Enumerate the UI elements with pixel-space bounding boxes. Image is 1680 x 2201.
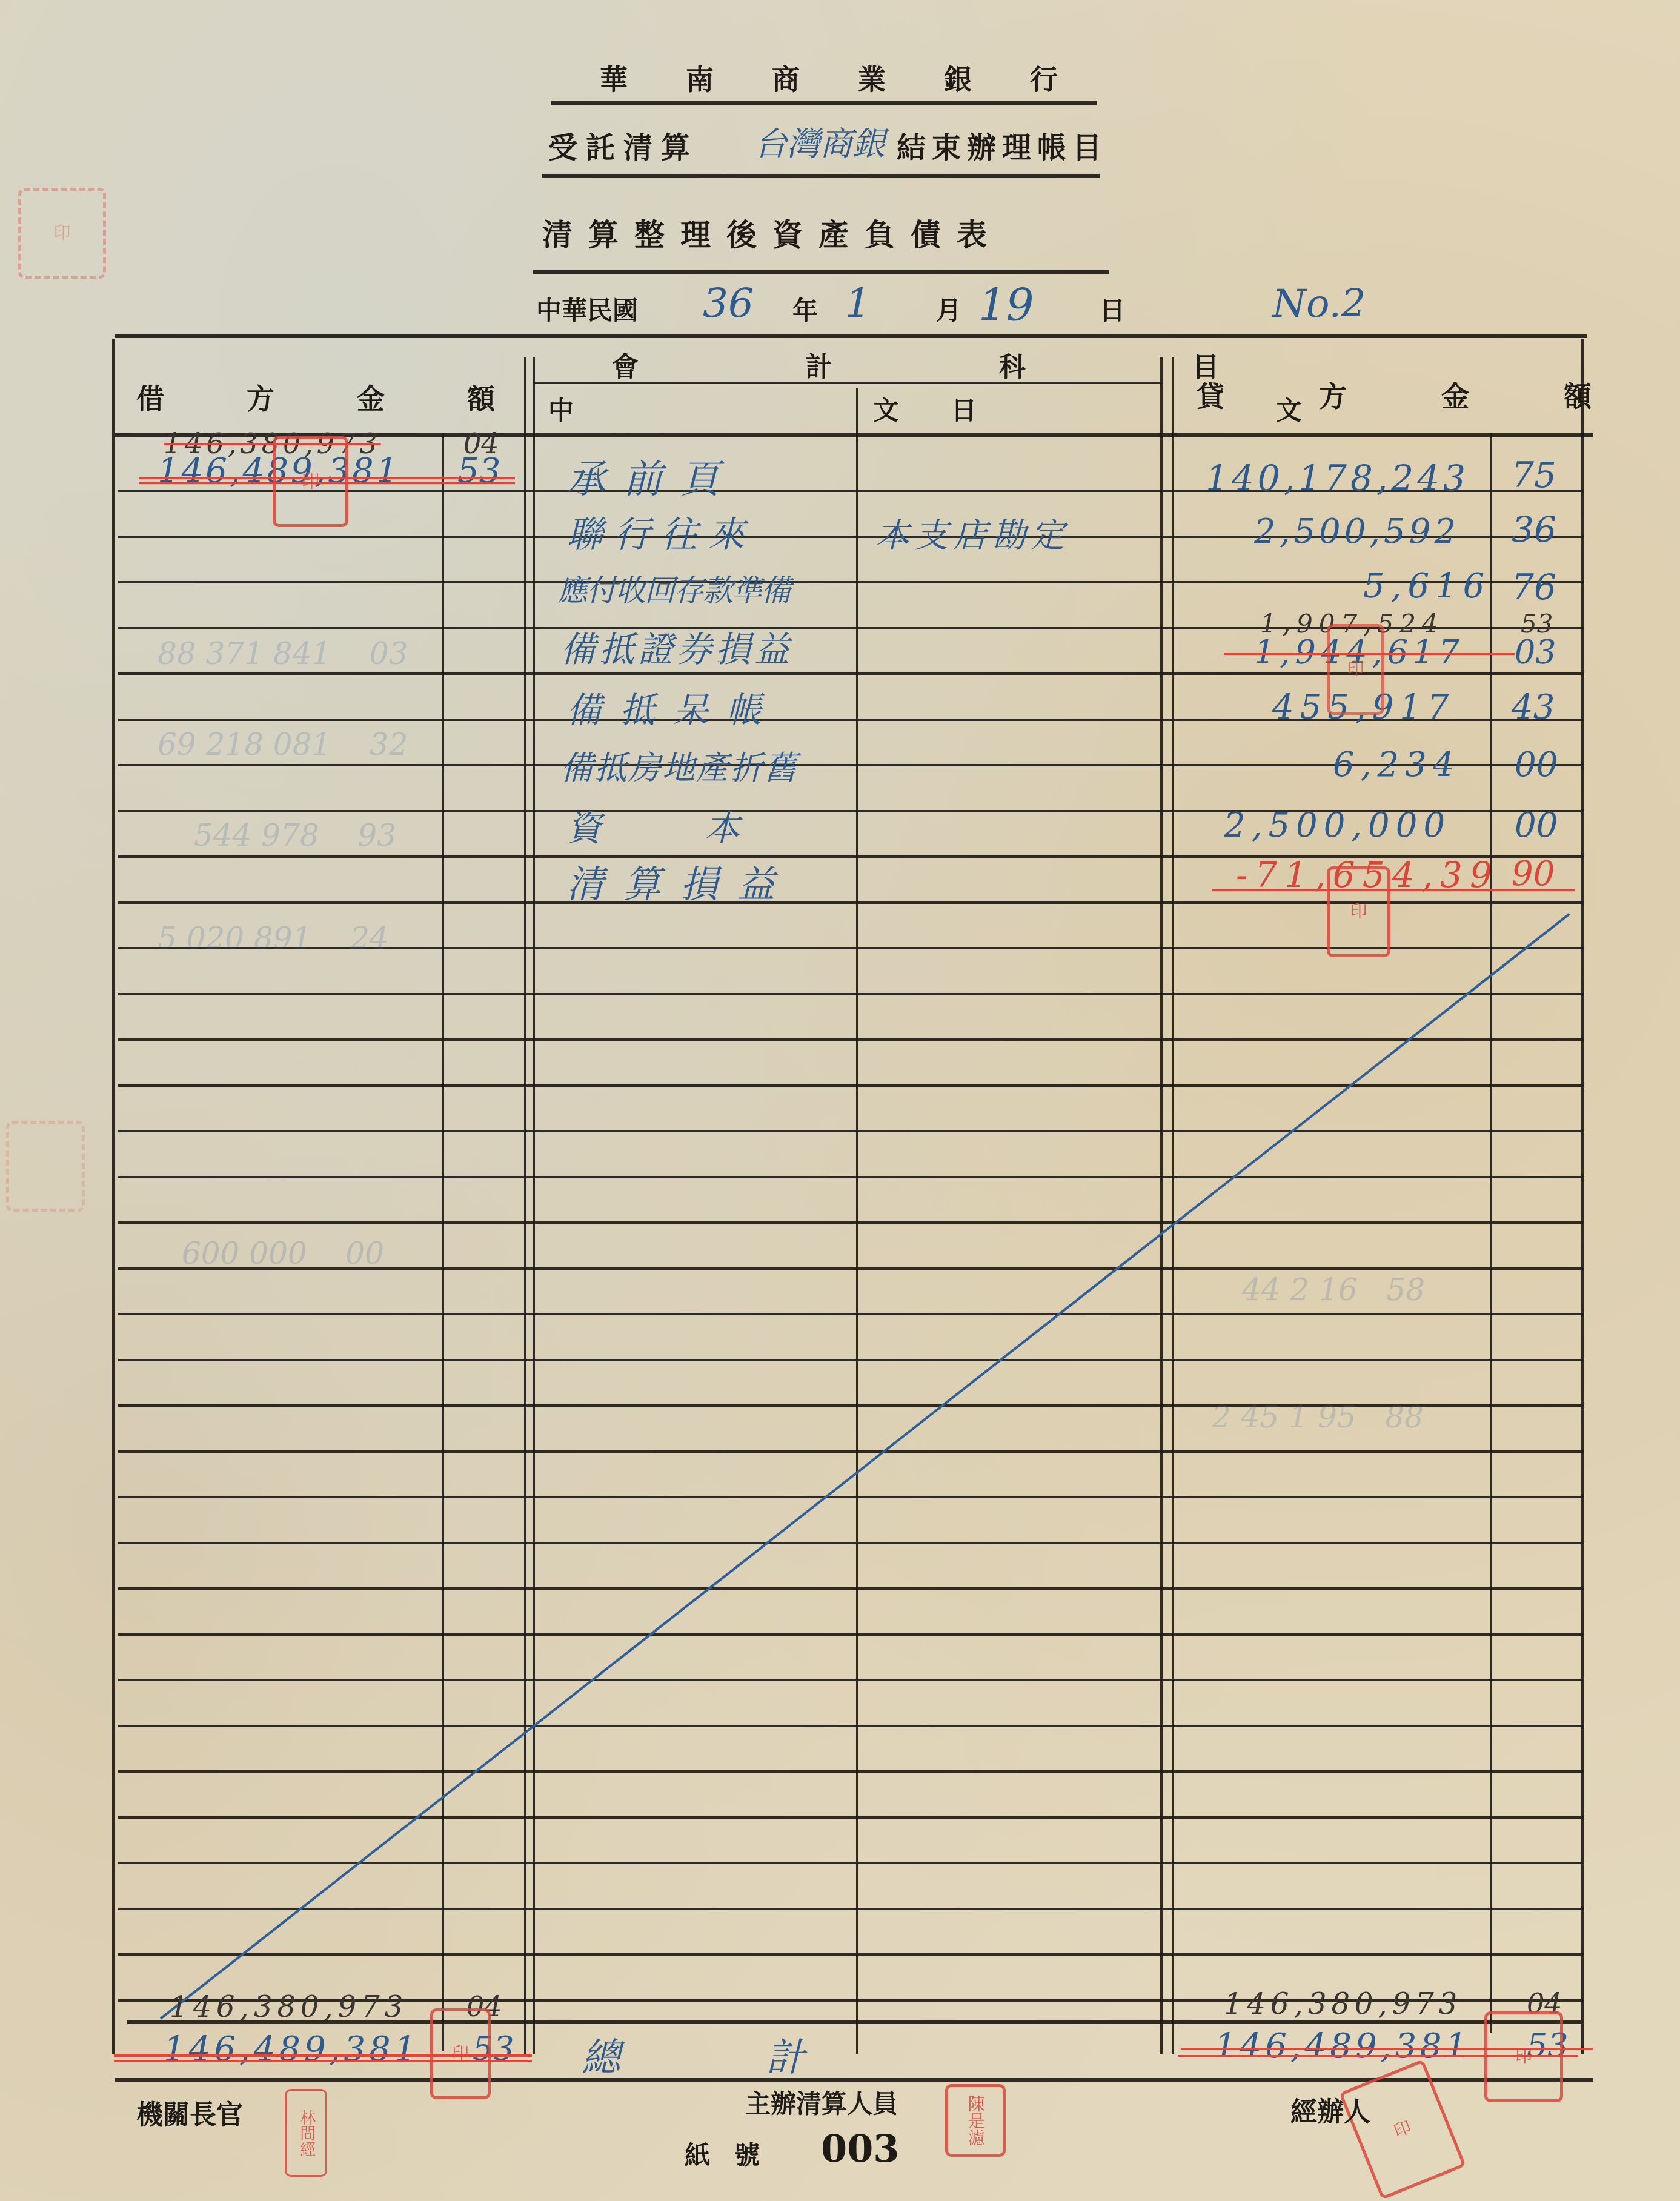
debit-cents-divider <box>442 433 444 2051</box>
credit-cents: 43 <box>1512 688 1555 727</box>
row-rule <box>118 1084 1584 1087</box>
total-credit-corrected: 146,489,381 <box>1215 2027 1470 2066</box>
row-rule <box>118 1130 1584 1132</box>
liquidator-seal: 陳是濾 <box>945 2084 1006 2157</box>
account-name: 備抵呆帳 <box>566 682 780 732</box>
debit-account-divider <box>524 357 526 2054</box>
row-rule <box>118 1633 1584 1636</box>
row-rule <box>118 1770 1584 1773</box>
row-rule <box>118 1450 1584 1453</box>
bleed-through-text: 5 020 891 24 <box>158 921 389 956</box>
bleed-through-text: 2 45 1 95 88 <box>1212 1399 1424 1435</box>
row-rule <box>118 1587 1584 1590</box>
header-rule-2 <box>542 174 1100 178</box>
row-rule <box>118 993 1584 995</box>
row-rule <box>118 1908 1584 1910</box>
bleed-through-text: 69 218 081 32 <box>158 727 408 762</box>
cancellation-diagonal <box>160 913 1570 2019</box>
account-name: 清算損益 <box>566 854 794 908</box>
credit-amount: 2,500,000 <box>1224 806 1451 845</box>
account-inner-divider <box>533 357 535 2054</box>
row-rule <box>118 1953 1584 1956</box>
official-seal: 林間經 <box>285 2089 327 2177</box>
account-name: 應付收回存款準備 <box>557 566 790 610</box>
credit-cents: 36 <box>1512 509 1556 550</box>
bank-name: 華 南 商 業 銀 行 <box>600 58 1082 98</box>
account-credit-divider <box>1160 357 1163 2054</box>
bleed-through-text: 44 2 16 58 <box>1242 1272 1425 1307</box>
margin-seal-mid <box>6 1121 85 1212</box>
credit-amount: 140,178,243 <box>1206 457 1469 499</box>
credit-header: 貸 方 金 額 <box>1197 374 1634 414</box>
page-number: No.2 <box>1272 282 1366 327</box>
credit-cents: 90 <box>1512 854 1555 894</box>
form-number: 003 <box>821 2126 899 2171</box>
date-day-label: 日 <box>1100 291 1125 327</box>
credit-inner-divider <box>1172 357 1174 2054</box>
credit-amount: 5,616 <box>1363 566 1490 606</box>
account-group-header: 會 計 科 目 <box>612 345 1298 384</box>
date-year: 36 <box>703 280 754 327</box>
date-day: 19 <box>978 280 1034 331</box>
table-right-border <box>1581 339 1584 2054</box>
correction-line <box>1212 889 1575 891</box>
table-top-border <box>115 334 1587 338</box>
bleed-through-text: 544 978 93 <box>194 818 396 853</box>
date-month-label: 月 <box>936 291 961 327</box>
total-label: 總 計 <box>582 2027 871 2082</box>
margin-seal-top: 印 <box>18 188 106 279</box>
row-rule <box>118 1496 1584 1498</box>
credit-cents: 03 <box>1515 633 1556 671</box>
row-rule <box>118 1542 1584 1544</box>
credit-amount: 2,500,592 <box>1254 512 1459 551</box>
date-year-label: 年 <box>792 291 818 327</box>
approval-seal: 印 <box>1327 866 1390 957</box>
row-rule <box>118 1038 1584 1041</box>
debit-corrected-cents: 53 <box>457 451 500 491</box>
row-rule <box>118 1816 1584 1819</box>
credit-cents: 00 <box>1515 806 1558 845</box>
debit-header: 借 方 金 額 <box>136 377 531 417</box>
row-rule <box>118 1725 1584 1727</box>
account-name: 承前頁 <box>566 448 737 504</box>
subtitle-suffix: 結束辦理帳目 <box>897 124 1107 166</box>
approval-seal: 印 <box>273 436 348 527</box>
row-rule <box>118 1862 1584 1864</box>
total-debit-corrected: 146,489,381 <box>164 2030 419 2069</box>
account-name: 備抵房地產折舊 <box>560 742 798 789</box>
form-title: 清算整理後資產負債表 <box>542 211 1003 254</box>
row-rule <box>118 1359 1584 1361</box>
bleed-through-text: 88 371 841 03 <box>158 636 408 671</box>
total-credit-original: 146,380,973 <box>1224 1987 1462 2021</box>
total-debit-original: 146,380,973 <box>170 1990 408 2024</box>
approval-seal: 印 <box>430 2008 491 2099</box>
row-rule <box>118 1221 1584 1224</box>
form-number-label: 紙號 <box>685 2136 784 2172</box>
approval-seal: 印 <box>1484 2011 1563 2102</box>
header-rule-3 <box>533 270 1109 274</box>
row-rule <box>118 1679 1584 1681</box>
official-label: 機關長官 <box>136 2093 243 2132</box>
row-rule <box>118 1176 1584 1178</box>
date-month: 1 <box>845 280 871 327</box>
approval-seal: 印 <box>1327 624 1384 715</box>
credit-amount: 6,234 <box>1333 745 1460 785</box>
header-rule-1 <box>551 101 1097 105</box>
row-rule <box>118 1313 1584 1315</box>
account-name: 備抵證券損益 <box>560 621 793 672</box>
subtitle-handwritten: 台灣商銀 <box>754 118 885 165</box>
account-name-jp: 本支店勘定 <box>875 509 1069 557</box>
subtitle-prefix: 受託清算 <box>548 124 699 166</box>
bleed-through-text: 600 000 00 <box>182 1236 384 1271</box>
credit-cents: 00 <box>1515 745 1558 785</box>
account-name: 聯行往來 <box>566 506 755 558</box>
table-left-border <box>112 339 115 2054</box>
date-era-label: 中華民國 <box>536 291 638 327</box>
credit-cents: 76 <box>1512 566 1556 608</box>
chinese-japanese-divider <box>856 388 858 2054</box>
account-name: 資本 <box>566 800 843 851</box>
credit-cents: 75 <box>1512 454 1556 496</box>
liquidator-label: 主辦清算人員 <box>745 2084 898 2120</box>
preparer-label: 經辦人 <box>1290 2090 1370 2129</box>
